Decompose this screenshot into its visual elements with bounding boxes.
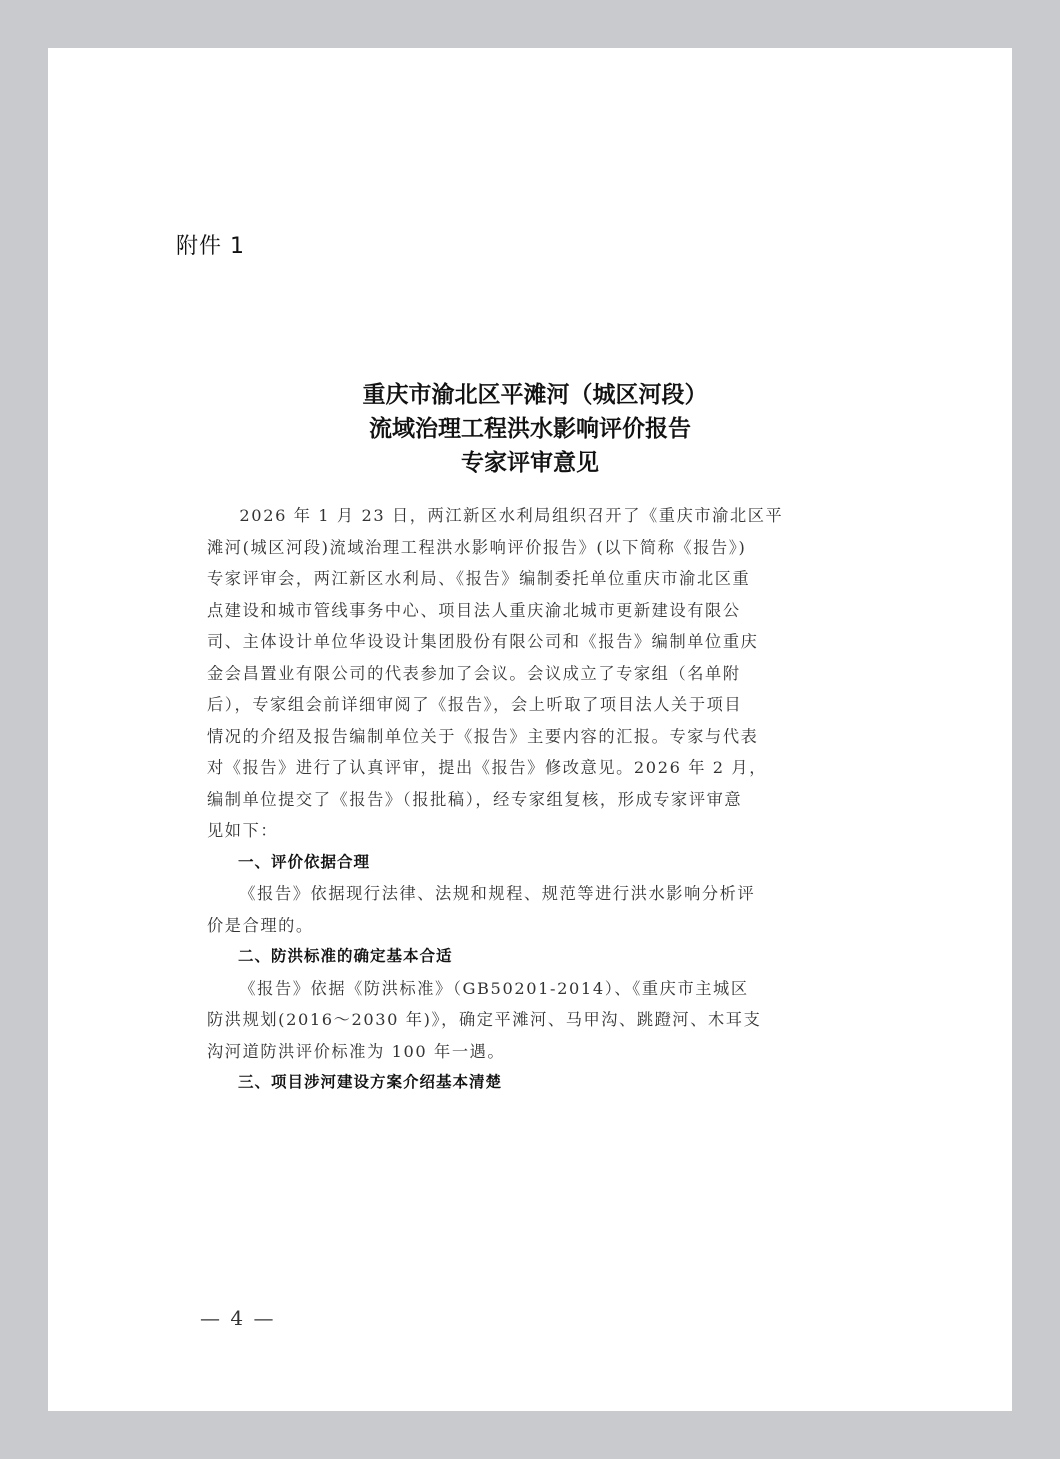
title-line-1: 重庆市渝北区平滩河（城区河段） xyxy=(48,378,1012,412)
text-line: 编制单位提交了《报告》（报批稿），经专家组复核，形成专家评审意 xyxy=(207,784,821,816)
text-line: 后），专家组会前详细审阅了《报告》，会上听取了项目法人关于项目 xyxy=(207,689,821,721)
text-line: 防洪规划(2016～2030 年)》，确定平滩河、马甲沟、跳蹬河、木耳支 xyxy=(207,1004,821,1036)
text-line: 见如下： xyxy=(207,815,821,847)
text-line: 金会昌置业有限公司的代表参加了会议。会议成立了专家组（名单附 xyxy=(207,658,821,690)
text-line: 点建设和城市管线事务中心、项目法人重庆渝北城市更新建设有限公 xyxy=(207,595,821,627)
document-body: 2026 年 1 月 23 日，两江新区水利局组织召开了《重庆市渝北区平 滩河(… xyxy=(207,500,821,1099)
text-line: 专家评审会，两江新区水利局、《报告》编制委托单位重庆市渝北区重 xyxy=(207,563,821,595)
intro-paragraph-cont: 滩河(城区河段)流域治理工程洪水影响评价报告》(以下简称《报告》) 专家评审会，… xyxy=(207,532,821,847)
document-page: 附件 1 重庆市渝北区平滩河（城区河段） 流域治理工程洪水影响评价报告 专家评审… xyxy=(48,48,1012,1411)
section-heading-2: 二、防洪标准的确定基本合适 xyxy=(207,941,821,973)
text-line: 情况的介绍及报告编制单位关于《报告》主要内容的汇报。专家与代表 xyxy=(207,721,821,753)
text-line: 滩河(城区河段)流域治理工程洪水影响评价报告》(以下简称《报告》) xyxy=(207,532,821,564)
section-heading-3: 三、项目涉河建设方案介绍基本清楚 xyxy=(207,1067,821,1099)
attachment-label: 附件 1 xyxy=(176,229,245,260)
text-line: 《报告》依据现行法律、法规和规程、规范等进行洪水影响分析评 xyxy=(207,878,821,910)
text-line: 价是合理的。 xyxy=(207,910,821,942)
text-line: 2026 年 1 月 23 日，两江新区水利局组织召开了《重庆市渝北区平 xyxy=(207,500,821,532)
title-line-2: 流域治理工程洪水影响评价报告 xyxy=(48,412,1012,446)
text-line: 对《报告》进行了认真评审，提出《报告》修改意见。2026 年 2 月， xyxy=(207,752,821,784)
title-line-3: 专家评审意见 xyxy=(48,446,1012,480)
document-title: 重庆市渝北区平滩河（城区河段） 流域治理工程洪水影响评价报告 专家评审意见 xyxy=(48,378,1012,480)
text-line: 司、主体设计单位华设设计集团股份有限公司和《报告》编制单位重庆 xyxy=(207,626,821,658)
intro-paragraph: 2026 年 1 月 23 日，两江新区水利局组织召开了《重庆市渝北区平 xyxy=(207,500,821,532)
text-line: 沟河道防洪评价标准为 100 年一遇。 xyxy=(207,1036,821,1068)
section-1-paragraph-cont: 价是合理的。 xyxy=(207,910,821,942)
section-1-paragraph: 《报告》依据现行法律、法规和规程、规范等进行洪水影响分析评 xyxy=(207,878,821,910)
page-number: — 4 — xyxy=(200,1306,275,1330)
section-heading-1: 一、评价依据合理 xyxy=(207,847,821,879)
section-2-paragraph: 《报告》依据《防洪标准》（GB50201-2014）、《重庆市主城区 xyxy=(207,973,821,1005)
section-2-paragraph-cont: 防洪规划(2016～2030 年)》，确定平滩河、马甲沟、跳蹬河、木耳支 沟河道… xyxy=(207,1004,821,1067)
text-line: 《报告》依据《防洪标准》（GB50201-2014）、《重庆市主城区 xyxy=(207,973,821,1005)
